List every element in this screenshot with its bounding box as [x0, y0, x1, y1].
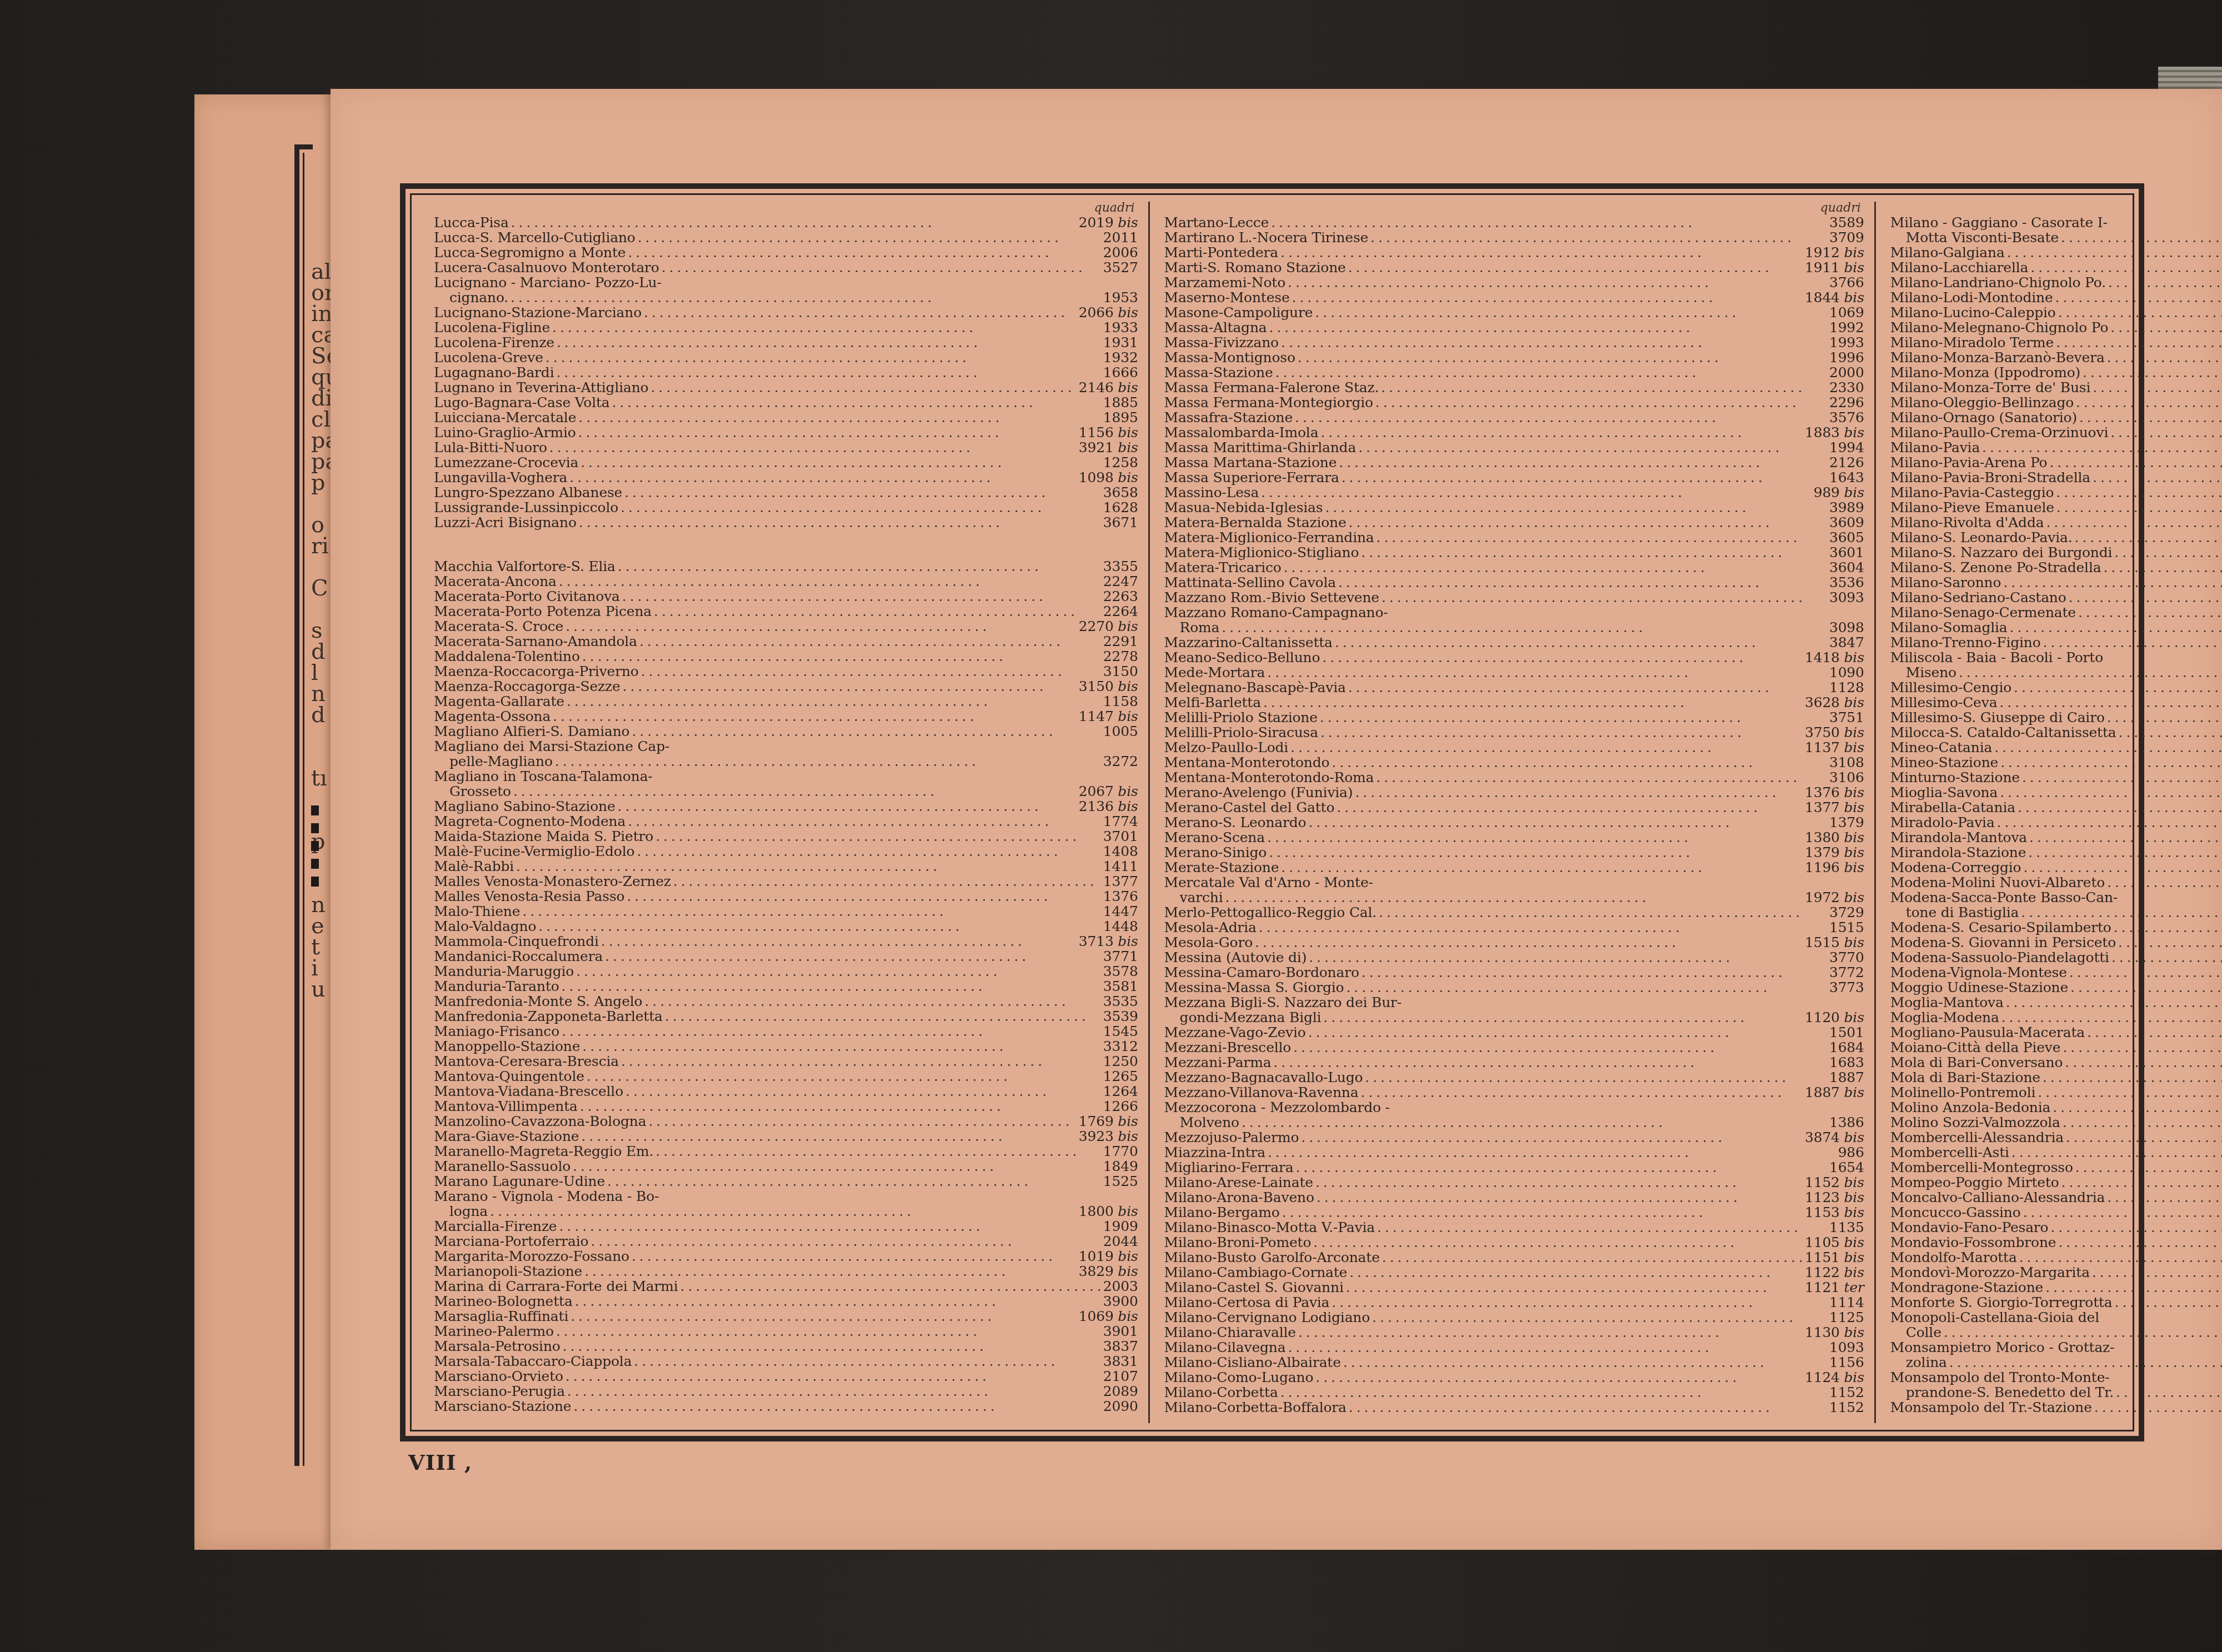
entry-table-number: 1152 bis: [1805, 1175, 1864, 1190]
index-entry: Milano-S. Leonardo-Pavia.1131 bis: [1890, 530, 2222, 545]
entry-place-name: Mezzane-Vago-Zevio: [1164, 1025, 1306, 1040]
dot-leader: [2111, 950, 2222, 965]
entry-place-name: Mattinata-Sellino Cavola: [1164, 575, 1336, 590]
dot-leader: [1308, 815, 1827, 830]
dot-leader: [2065, 1055, 2222, 1070]
entry-place-name: Mantova-Viadana-Brescello: [434, 1084, 623, 1099]
index-entry: Milano-Pavia-Arena Po1106: [1890, 455, 2222, 470]
index-entry: Marzamemi-Noto3766: [1164, 275, 1864, 290]
dot-leader: [2061, 230, 2222, 245]
dot-leader: [638, 230, 1101, 245]
entry-place-name: Lucera-Casalnuovo Monterotaro: [434, 260, 659, 275]
entry-table-number: 3355: [1103, 559, 1138, 574]
index-entry: Massa-Stazione2000: [1164, 365, 1864, 380]
dot-leader: [2069, 590, 2222, 605]
entry-place-name: Milano-Certosa di Pavia: [1164, 1295, 1330, 1310]
dot-leader: [1377, 530, 1827, 545]
dot-leader: [648, 1114, 1076, 1129]
index-entry: Luicciana-Mercatale1895: [434, 410, 1138, 425]
dot-leader: [1382, 590, 1827, 605]
entry-place-name: Milano-Paullo-Crema-Orzinuovi: [1890, 425, 2108, 440]
dot-leader: [2107, 350, 2222, 365]
entry-place-name: Merano-Castel del Gatto: [1164, 800, 1335, 815]
entry-table-number: 1666: [1103, 365, 1138, 380]
entry-place-name: Milano - Gaggiano - Casorate I-: [1890, 215, 2222, 230]
dot-leader: [569, 470, 1076, 485]
dot-leader: [1315, 305, 1827, 320]
entry-place-name: Maddalena-Tolentino: [434, 649, 580, 664]
index-entry: Moglia-Mantova1485: [1890, 995, 2222, 1010]
entry-table-number: 3989: [1829, 500, 1864, 515]
index-entry: Marianopoli-Stazione3829 bis: [434, 1264, 1138, 1279]
index-entry: Magenta-Ossona1147 bis: [434, 709, 1138, 724]
index-entry: Lumezzane-Crocevia1258: [434, 455, 1138, 470]
dot-leader: [2045, 1280, 2222, 1295]
entry-place-name: Molino Sozzi-Valmozzola: [1890, 1115, 2060, 1130]
entry-table-number: 3709: [1829, 230, 1864, 245]
index-entry: Massa Martana-Stazione2126: [1164, 455, 1864, 470]
entry-place-name: Magliano dei Marsi-Stazione Cap-: [434, 739, 1138, 754]
dot-leader: [2108, 275, 2222, 290]
dot-leader: [573, 1399, 1100, 1414]
dot-leader: [637, 844, 1100, 859]
entry-place-name-continued: varchi: [1180, 890, 1223, 905]
entry-place-name: Minturno-Stazione: [1890, 770, 2020, 785]
dot-leader: [2083, 365, 2222, 380]
dot-leader: [2028, 845, 2222, 860]
dot-leader: [1315, 1175, 1803, 1190]
index-entry: Milocca-S. Cataldo-Caltanissetta3820: [1890, 725, 2222, 740]
dot-leader: [2021, 905, 2222, 920]
index-entry: Malo-Thiene1447: [434, 904, 1138, 919]
dot-leader: [644, 994, 1100, 1009]
entry-place-name-continued: Colle: [1906, 1325, 1941, 1340]
entry-place-name: Milano-Lucino-Caleppio: [1890, 305, 2056, 320]
dot-leader: [2029, 830, 2222, 845]
index-entry: Mezzani-Brescello1684: [1164, 1040, 1864, 1055]
entry-place-name: Massa-Altagna: [1164, 320, 1267, 335]
dot-leader: [580, 455, 1101, 470]
index-entry: Marineo-Palermo3901: [434, 1324, 1138, 1339]
entry-table-number: 2006: [1103, 245, 1138, 260]
dot-leader: [1349, 515, 1827, 530]
entry-place-name: Marineo-Palermo: [434, 1324, 554, 1339]
index-entry: Molino Anzola-Bedonia1708: [1890, 1100, 2222, 1115]
entry-place-name: Milano-Arese-Lainate: [1164, 1175, 1313, 1190]
dot-leader: [590, 1234, 1100, 1249]
dot-leader: [641, 664, 1101, 679]
entry-table-number: 1124 bis: [1805, 1370, 1864, 1385]
dot-leader: [2115, 1295, 2222, 1310]
entry-place-name: Merlo-Pettogallico-Reggio Cal.: [1164, 905, 1377, 920]
entry-place-name: Milano-Saronno: [1890, 575, 2001, 590]
entry-table-number: 3713 bis: [1079, 934, 1138, 949]
index-entry: Mantova-Ceresara-Brescia1250: [434, 1054, 1138, 1069]
dot-leader: [612, 395, 1101, 410]
entry-table-number: 1515 bis: [1805, 935, 1864, 950]
dot-leader: [1994, 740, 2222, 755]
dot-leader: [1379, 905, 1827, 920]
index-entry: Miliscola - Baia - Bacoli - PortoMiseno3…: [1890, 650, 2222, 680]
dot-leader: [2000, 785, 2222, 800]
entry-place-name-continued: Grosseto: [449, 784, 511, 799]
dot-leader: [2023, 1205, 2222, 1220]
entry-table-number: 1933: [1103, 320, 1138, 335]
entry-place-name: Miazzina-Intra: [1164, 1145, 1265, 1160]
dot-leader: [1275, 365, 1827, 380]
entry-place-name: Marsciano-Orvieto: [434, 1369, 563, 1384]
entry-table-number: 3901: [1103, 1324, 1138, 1339]
entry-place-name: Massa Superiore-Ferrara: [1164, 470, 1339, 485]
index-entry: Messina (Autovie di)3770: [1164, 950, 1864, 965]
entry-table-number: 1774: [1103, 814, 1138, 829]
page-number: VIII ,: [408, 1450, 472, 1475]
entry-table-number: 3671: [1103, 515, 1138, 530]
black-mark: [311, 823, 319, 833]
index-entry: Milano-Senago-Cermenate1154 bis: [1890, 605, 2222, 620]
entry-place-name: Milano-Trenno-Figino: [1890, 635, 2041, 650]
dot-leader: [1349, 1400, 1827, 1415]
index-entry: Moggio Udinese-Stazione1575: [1890, 980, 2222, 995]
index-entry: Macerata-S. Croce2270 bis: [434, 619, 1138, 634]
entry-place-name-continued: zolina: [1906, 1355, 1947, 1370]
entry-place-name: Melilli-Priolo Stazione: [1164, 710, 1318, 725]
dot-leader: [654, 604, 1101, 619]
entry-table-number: 3150: [1103, 664, 1138, 679]
section-gap: [434, 530, 1138, 559]
entry-place-name: Magenta-Gallarate: [434, 694, 564, 709]
dot-leader: [623, 679, 1077, 694]
dot-leader: [1315, 1370, 1803, 1385]
index-entry: Milano-S. Nazzaro dei Burgondi1110: [1890, 545, 2222, 560]
entry-place-name: Lucignano - Marciano- Pozzo-Lu-: [434, 275, 1138, 290]
entry-place-name: Molino Anzola-Bedonia: [1890, 1100, 2051, 1115]
entry-table-number: 2296: [1829, 395, 1864, 410]
dot-leader: [1348, 260, 1803, 275]
entry-place-name: Massafra-Stazione: [1164, 410, 1293, 425]
index-entry: Matera-Tricarico3604: [1164, 560, 1864, 575]
entry-place-name: Masua-Nebida-Iglesias: [1164, 500, 1323, 515]
entry-table-number: 1447: [1103, 904, 1138, 919]
entry-place-name: Milano-Oleggio-Bellinzago: [1890, 395, 2074, 410]
index-entry: Milano-Cervignano Lodigiano1125: [1164, 1310, 1864, 1325]
index-entry: Modena-Sassuolo-Piandelagotti1804: [1890, 950, 2222, 965]
dot-leader: [2107, 875, 2222, 890]
entry-place-name: Migliarino-Ferrara: [1164, 1160, 1294, 1175]
dot-leader: [2078, 605, 2222, 620]
index-entry: Mombercelli-Asti1030: [1890, 1145, 2222, 1160]
entry-place-name: Moggio Udinese-Stazione: [1890, 980, 2068, 995]
entry-place-name: Mentana-Monterotondo-Roma: [1164, 770, 1374, 785]
entry-place-name: Mantova-Quingentole: [434, 1069, 584, 1084]
entry-table-number: 986: [1838, 1145, 1864, 1160]
dot-leader: [628, 245, 1100, 260]
index-entry: Magreta-Cognento-Modena1774: [434, 814, 1138, 829]
dot-leader: [2074, 530, 2222, 545]
entry-table-number: 1515: [1829, 920, 1864, 935]
index-entry: Mede-Mortara1090: [1164, 665, 1864, 680]
dot-leader: [607, 1174, 1101, 1189]
dot-leader: [575, 1294, 1101, 1309]
dot-leader: [634, 1354, 1100, 1369]
entry-table-number: 3609: [1829, 515, 1864, 530]
index-entry: Mezzano-Villanova-Ravenna1887 bis: [1164, 1085, 1864, 1100]
index-entry: Marsala-Tabaccaro-Ciappola3831: [434, 1354, 1138, 1369]
index-entry: Lucignano - Marciano- Pozzo-Lu-cignano.1…: [434, 275, 1138, 305]
entry-table-number: 1093: [1829, 1340, 1864, 1355]
entry-place-name: Moncalvo-Calliano-Alessandria: [1890, 1190, 2105, 1205]
entry-place-name: Milano-Sedriano-Castano: [1890, 590, 2066, 605]
dot-leader: [555, 754, 1101, 769]
dot-leader: [2069, 965, 2222, 980]
entry-table-number: 2090: [1103, 1399, 1138, 1414]
entry-place-name: Meano-Sedico-Belluno: [1164, 650, 1320, 665]
entry-place-name: Lucignano-Stazione-Marciano: [434, 305, 642, 320]
dot-leader: [624, 485, 1101, 500]
index-entry: Milano-Rivolta d'Adda1139: [1890, 515, 2222, 530]
entry-place-name: Milano-Corbetta-Boffalora: [1164, 1400, 1347, 1415]
dot-leader: [538, 919, 1100, 934]
dot-leader: [662, 260, 1101, 275]
entry-place-name: Matera-Miglionico-Ferrandina: [1164, 530, 1374, 545]
index-entry: Minturno-Stazione3410: [1890, 770, 2222, 785]
entry-place-name: Masone-Campoligure: [1164, 305, 1313, 320]
dot-leader: [1323, 1010, 1803, 1025]
index-entry: Mazzarino-Caltanissetta3847: [1164, 635, 1864, 650]
entry-place-name: Miliscola - Baia - Bacoli - Porto: [1890, 650, 2222, 665]
dot-leader: [2022, 770, 2222, 785]
entry-table-number: 3093: [1829, 590, 1864, 605]
entry-table-number: 3829 bis: [1079, 1264, 1138, 1279]
entry-place-name: Moglia-Modena: [1890, 1010, 1999, 1025]
dot-leader: [570, 1309, 1077, 1324]
entry-place-name: Magreta-Cognento-Modena: [434, 814, 625, 829]
entry-place-name: Mazzano Rom.-Bivio Settevene: [1164, 590, 1379, 605]
entry-table-number: 2000: [1829, 365, 1864, 380]
index-entry: Mompeo-Poggio Mirteto2162 bis: [1890, 1175, 2222, 1190]
entry-place-name: Lucca-Segromigno a Monte: [434, 245, 625, 260]
index-entry: Milano-Binasco-Motta V.-Pavia1135: [1164, 1220, 1864, 1235]
entry-table-number: 1993: [1829, 335, 1864, 350]
dot-leader: [1982, 440, 2222, 455]
entry-place-name: Monsampolo del Tronto-Monte-: [1890, 1370, 2222, 1385]
dot-leader: [1382, 1250, 1803, 1265]
entry-place-name: Marsala-Petrosino: [434, 1339, 560, 1354]
entry-table-number: 2270 bis: [1079, 619, 1138, 634]
entry-place-name: Monforte S. Giorgio-Torregrotta: [1890, 1295, 2113, 1310]
entry-table-number: 2089: [1103, 1384, 1138, 1399]
entry-place-name: Luzzi-Acri Bisignano: [434, 515, 577, 530]
dot-leader: [2066, 1130, 2222, 1145]
dot-leader: [1269, 320, 1827, 335]
index-column-3: quadriMilano - Gaggiano - Casorate I-Mot…: [1876, 202, 2222, 1423]
entry-table-number: 1525: [1103, 1174, 1138, 1189]
dot-leader: [549, 440, 1077, 455]
entry-place-name: Mondovì-Morozzo-Margarita: [1890, 1265, 2090, 1280]
entry-place-name: Merano-Scena: [1164, 830, 1265, 845]
dot-leader: [1320, 710, 1827, 725]
index-entry: Milano-Corbetta-Boffalora1152: [1164, 1400, 1864, 1415]
entry-place-name: Millesimo-Cengio: [1890, 680, 2011, 695]
entry-place-name-continued: cignano.: [449, 290, 508, 305]
index-entry: Modena-S. Giovanni in Persiceto1859: [1890, 935, 2222, 950]
entry-place-name: Massa Fermana-Falerone Staz.: [1164, 380, 1379, 395]
dot-leader: [2110, 425, 2222, 440]
entry-table-number: 3658: [1103, 485, 1138, 500]
entry-place-name: Lumezzane-Crocevia: [434, 455, 578, 470]
entry-place-name: Milano-Cervignano Lodigiano: [1164, 1310, 1370, 1325]
entry-table-number: 3923 bis: [1079, 1129, 1138, 1144]
dot-leader: [522, 904, 1100, 919]
index-entry: Lungro-Spezzano Albanese3658: [434, 485, 1138, 500]
index-entry: Massa-Altagna1992: [1164, 320, 1864, 335]
index-entry: Mola di Bari-Stazione3561: [1890, 1070, 2222, 1085]
entry-place-name: Milano-Pavia-Broni-Stradella: [1890, 470, 2090, 485]
dot-leader: [655, 1144, 1100, 1159]
index-entry: Maranello-Magreta-Reggio Em.1770: [434, 1144, 1138, 1159]
entry-table-number: 3150 bis: [1079, 679, 1138, 694]
index-entry: Merano-Sinigo1379 bis: [1164, 845, 1864, 860]
dot-leader: [2014, 680, 2222, 695]
index-entry: Manzolino-Cavazzona-Bologna1769 bis: [434, 1114, 1138, 1129]
entry-place-name: Milano-Cilavegna: [1164, 1340, 1286, 1355]
index-entry: Lucolena-Firenze1931: [434, 335, 1138, 350]
index-entry: Lucca-S. Marcello-Cutigliano2011: [434, 230, 1138, 245]
entry-place-name: Maranello-Magreta-Reggio Em.: [434, 1144, 653, 1159]
dot-leader: [567, 1384, 1101, 1399]
dot-leader: [556, 365, 1100, 380]
entry-place-name: Milocca-S. Cataldo-Caltanissetta: [1890, 725, 2116, 740]
entry-place-name: Modena-S. Cesario-Spilamberto: [1890, 920, 2111, 935]
dot-leader: [565, 619, 1077, 634]
dot-leader: [511, 290, 1101, 305]
entry-place-name: Melilli-Priolo-Siracusa: [1164, 725, 1318, 740]
dot-leader: [632, 1249, 1077, 1264]
dot-leader: [579, 515, 1101, 530]
entry-table-number: 1380 bis: [1805, 830, 1864, 845]
dot-leader: [582, 1039, 1100, 1054]
dot-leader: [1273, 1055, 1827, 1070]
dot-leader: [1269, 845, 1803, 860]
entry-table-number: 1770: [1103, 1144, 1138, 1159]
entry-table-number: 1120 bis: [1805, 1010, 1864, 1025]
index-entry: Melegnano-Bascapè-Pavia1128: [1164, 680, 1864, 695]
entry-place-name: Milano-Castel S. Giovanni: [1164, 1280, 1344, 1295]
dot-leader: [562, 1024, 1101, 1039]
entry-place-name: Messina-Massa S. Giorgio: [1164, 980, 1344, 995]
entry-place-name: Luino-Graglio-Armio: [434, 425, 576, 440]
index-entry: Milano-Miradolo Terme1106 bis: [1890, 335, 2222, 350]
dot-leader: [1342, 470, 1827, 485]
entry-table-number: 1885: [1103, 395, 1138, 410]
index-entry: Maddalena-Tolentino2278: [434, 649, 1138, 664]
entry-table-number: 1654: [1829, 1160, 1864, 1175]
dot-leader: [1267, 830, 1803, 845]
dot-leader: [578, 410, 1101, 425]
index-entry: Mantova-Viadana-Brescello1264: [434, 1084, 1138, 1099]
entry-place-name: Maenza-Roccagorga-Sezze: [434, 679, 620, 694]
index-entry: Marti-Pontedera1912 bis: [1164, 245, 1864, 260]
entry-place-name: Marina di Carrara-Forte dei Marmi: [434, 1279, 678, 1294]
entry-place-name: Manfredonia-Zapponeta-Barletta: [434, 1009, 663, 1024]
entry-place-name: Mondolfo-Marotta: [1890, 1250, 2017, 1265]
dot-leader: [2018, 800, 2222, 815]
dot-leader: [665, 1009, 1101, 1024]
entry-place-name: Mondavio-Fossombrone: [1890, 1235, 2056, 1250]
index-entry: Monforte S. Giorgio-Torregrotta3785: [1890, 1295, 2222, 1310]
entry-place-name: Macchia Valfortore-S. Elia: [434, 559, 615, 574]
entry-place-name-continued: Roma: [1180, 620, 1220, 635]
entry-table-number: 3578: [1103, 964, 1138, 979]
index-entry: Massa Fermana-Falerone Staz.2330: [1164, 380, 1864, 395]
index-entry: Milano-Castel S. Giovanni1121 ter: [1164, 1280, 1864, 1295]
entry-place-name: Mazzano Romano-Campagnano-: [1164, 605, 1864, 620]
entry-place-name-continued: Motta Visconti-Besate: [1906, 230, 2059, 245]
entry-place-name: Milano-Pieve Emanuele: [1890, 500, 2054, 515]
dot-leader: [1268, 1145, 1836, 1160]
black-mark: [311, 805, 319, 815]
entry-table-number: 1684: [1829, 1040, 1864, 1055]
index-entry: Lucera-Casalnuovo Monterotaro3527: [434, 260, 1138, 275]
dot-leader: [1343, 1355, 1827, 1370]
entry-table-number: 1158: [1103, 694, 1138, 709]
index-entry: Melilli-Priolo Stazione3751: [1164, 710, 1864, 725]
entry-table-number: 1931: [1103, 335, 1138, 350]
entry-table-number: 1105 bis: [1805, 1235, 1864, 1250]
index-entry: Millesimo-S. Giuseppe di Cairo1057 ter: [1890, 710, 2222, 725]
dot-leader: [2030, 260, 2222, 275]
dot-leader: [1332, 755, 1827, 770]
entry-place-name: Milano-Pavia: [1890, 440, 1980, 455]
entry-place-name: Monopoli-Castellana-Gioia del: [1890, 1310, 2222, 1325]
entry-place-name: Milano-Rivolta d'Adda: [1890, 515, 2044, 530]
index-entry: Maserno-Montese1844 bis: [1164, 290, 1864, 305]
index-entry: Milano-Chiaravalle1130 bis: [1164, 1325, 1864, 1340]
entry-table-number: 3837: [1103, 1339, 1138, 1354]
dot-leader: [2038, 1085, 2222, 1100]
entry-table-number: 1377 bis: [1805, 800, 1864, 815]
entry-place-name: Marti-S. Romano Stazione: [1164, 260, 1346, 275]
entry-table-number: 2136 bis: [1079, 799, 1138, 814]
dot-leader: [680, 1279, 1101, 1294]
dot-leader: [2114, 545, 2222, 560]
entry-table-number: 1156: [1829, 1355, 1864, 1370]
entry-table-number: 1377: [1103, 874, 1138, 889]
column-header: quadri: [1890, 202, 2222, 215]
entry-table-number: 3750 bis: [1805, 725, 1864, 740]
entry-table-number: 3581: [1103, 979, 1138, 994]
entry-place-name: Malè-Rabbi: [434, 859, 514, 874]
index-entry: Massa Superiore-Ferrara1643: [1164, 470, 1864, 485]
dot-leader: [1290, 740, 1803, 755]
dot-leader: [627, 889, 1100, 904]
index-entry: Monsampietro Morico - Grottaz-zolina2295…: [1890, 1340, 2222, 1370]
entry-table-number: 1151 bis: [1805, 1250, 1864, 1265]
entry-place-name: Magliano in Toscana-Talamona-: [434, 769, 1138, 784]
dot-leader: [1261, 485, 1811, 500]
entry-table-number: 3527: [1103, 260, 1138, 275]
index-entry: Mondragone-Stazione3418: [1890, 1280, 2222, 1295]
index-entry: Melfi-Barletta3628 bis: [1164, 695, 1864, 710]
entry-table-number: 1128: [1829, 680, 1864, 695]
index-entry: Magliano in Toscana-Talamona-Grosseto206…: [434, 769, 1138, 799]
entry-place-name: Milano-Miradolo Terme: [1890, 335, 2054, 350]
entry-table-number: 3773: [1829, 980, 1864, 995]
entry-place-name: Maserno-Montese: [1164, 290, 1290, 305]
entry-table-number: 3605: [1829, 530, 1864, 545]
entry-place-name: Milano-Monza-Barzanò-Bevera: [1890, 350, 2105, 365]
index-entry: Malles Venosta-Resia Passo1376: [434, 889, 1138, 904]
